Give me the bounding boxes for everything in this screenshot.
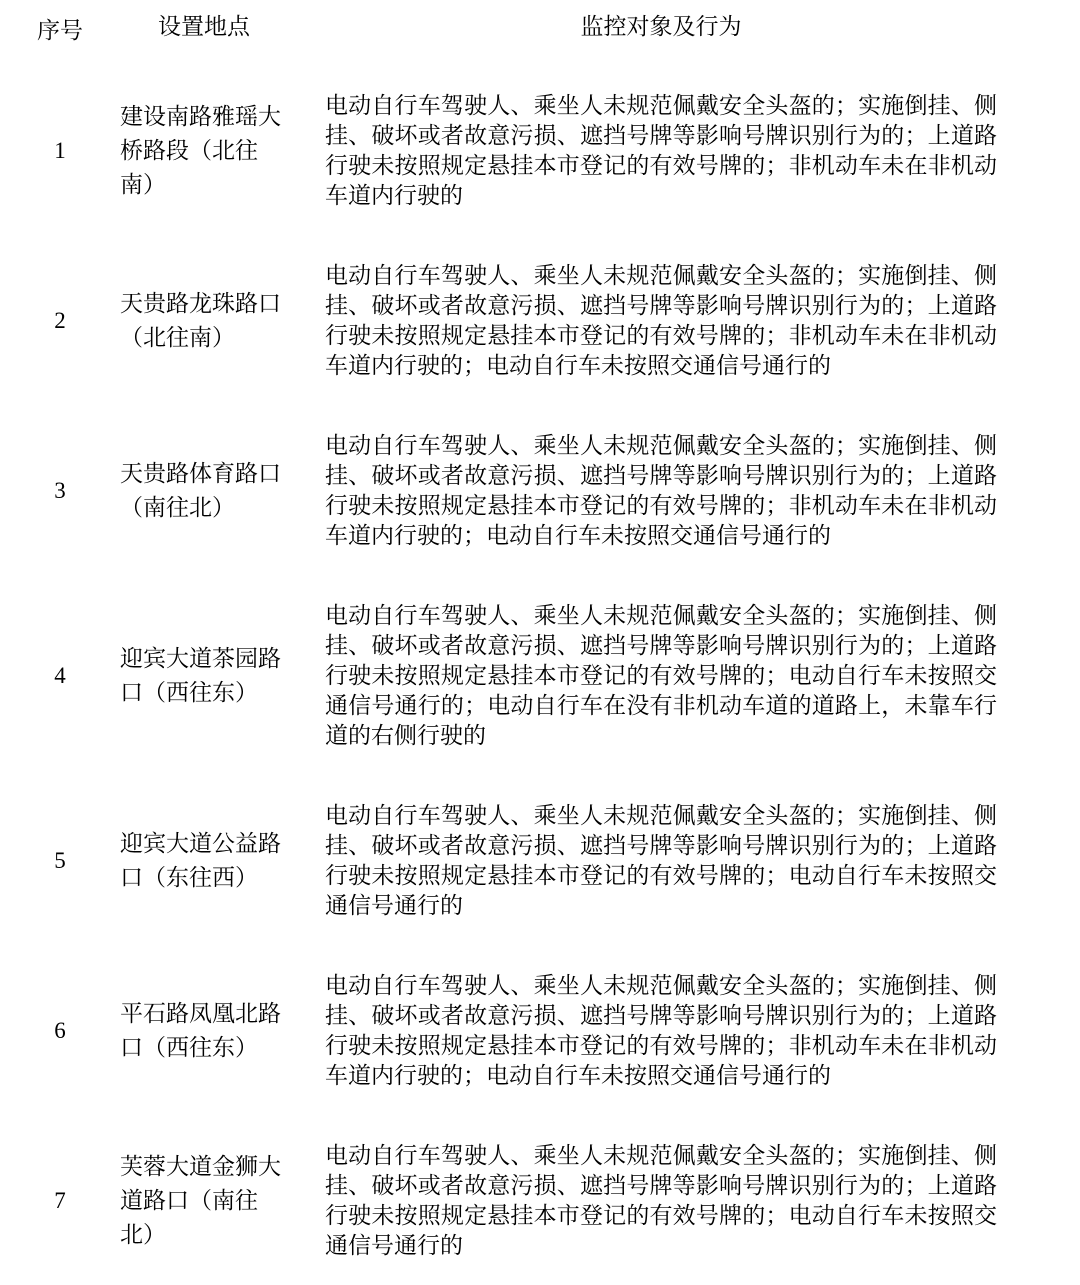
- behavior-cell: 电动自行车驾驶人、乘坐人未规范佩戴安全头盔的；实施倒挂、侧挂、破坏或者故意污损、…: [325, 1141, 997, 1261]
- behavior-cell: 电动自行车驾驶人、乘坐人未规范佩戴安全头盔的；实施倒挂、侧挂、破坏或者故意污损、…: [325, 971, 997, 1091]
- location-cell: 迎宾大道茶园路口（西往东）: [120, 642, 288, 710]
- row-index-cell: 7: [0, 1188, 120, 1214]
- behavior-cell: 电动自行车驾驶人、乘坐人未规范佩戴安全头盔的；实施倒挂、侧挂、破坏或者故意污损、…: [325, 261, 997, 381]
- location-cell: 天贵路龙珠路口（北往南）: [120, 287, 288, 355]
- camera-locations-table: 序号 设置地点 监控对象及行为 1 建设南路雅瑶大桥路段（北往南） 电动自行车驾…: [0, 0, 1080, 1285]
- table-header-row: 序号 设置地点 监控对象及行为: [0, 12, 1080, 45]
- behavior-cell: 电动自行车驾驶人、乘坐人未规范佩戴安全头盔的；实施倒挂、侧挂、破坏或者故意污损、…: [325, 91, 997, 211]
- row-index-cell: 3: [0, 478, 120, 504]
- column-header-behavior: 监控对象及行为: [325, 12, 997, 42]
- row-index-cell: 1: [0, 138, 120, 164]
- table-row: 4 迎宾大道茶园路口（西往东） 电动自行车驾驶人、乘坐人未规范佩戴安全头盔的；实…: [0, 601, 1080, 751]
- row-index-cell: 5: [0, 848, 120, 874]
- table-row: 7 芙蓉大道金狮大道路口（南往北） 电动自行车驾驶人、乘坐人未规范佩戴安全头盔的…: [0, 1141, 1080, 1261]
- row-index-cell: 6: [0, 1018, 120, 1044]
- behavior-cell: 电动自行车驾驶人、乘坐人未规范佩戴安全头盔的；实施倒挂、侧挂、破坏或者故意污损、…: [325, 801, 997, 921]
- row-index-cell: 2: [0, 308, 120, 334]
- table-row: 1 建设南路雅瑶大桥路段（北往南） 电动自行车驾驶人、乘坐人未规范佩戴安全头盔的…: [0, 91, 1080, 211]
- row-index-cell: 4: [0, 663, 120, 689]
- table-row: 2 天贵路龙珠路口（北往南） 电动自行车驾驶人、乘坐人未规范佩戴安全头盔的；实施…: [0, 261, 1080, 381]
- table-row: 3 天贵路体育路口（南往北） 电动自行车驾驶人、乘坐人未规范佩戴安全头盔的；实施…: [0, 431, 1080, 551]
- location-cell: 芙蓉大道金狮大道路口（南往北）: [120, 1150, 288, 1252]
- location-cell: 迎宾大道公益路口（东往西）: [120, 827, 288, 895]
- behavior-cell: 电动自行车驾驶人、乘坐人未规范佩戴安全头盔的；实施倒挂、侧挂、破坏或者故意污损、…: [325, 431, 997, 551]
- table-row: 5 迎宾大道公益路口（东往西） 电动自行车驾驶人、乘坐人未规范佩戴安全头盔的；实…: [0, 801, 1080, 921]
- table-row: 6 平石路凤凰北路口（西往东） 电动自行车驾驶人、乘坐人未规范佩戴安全头盔的；实…: [0, 971, 1080, 1091]
- column-header-index: 序号: [0, 12, 120, 45]
- location-cell: 建设南路雅瑶大桥路段（北往南）: [120, 100, 288, 202]
- behavior-cell: 电动自行车驾驶人、乘坐人未规范佩戴安全头盔的；实施倒挂、侧挂、破坏或者故意污损、…: [325, 601, 997, 751]
- column-header-location: 设置地点: [120, 12, 288, 42]
- location-cell: 平石路凤凰北路口（西往东）: [120, 997, 288, 1065]
- location-cell: 天贵路体育路口（南往北）: [120, 457, 288, 525]
